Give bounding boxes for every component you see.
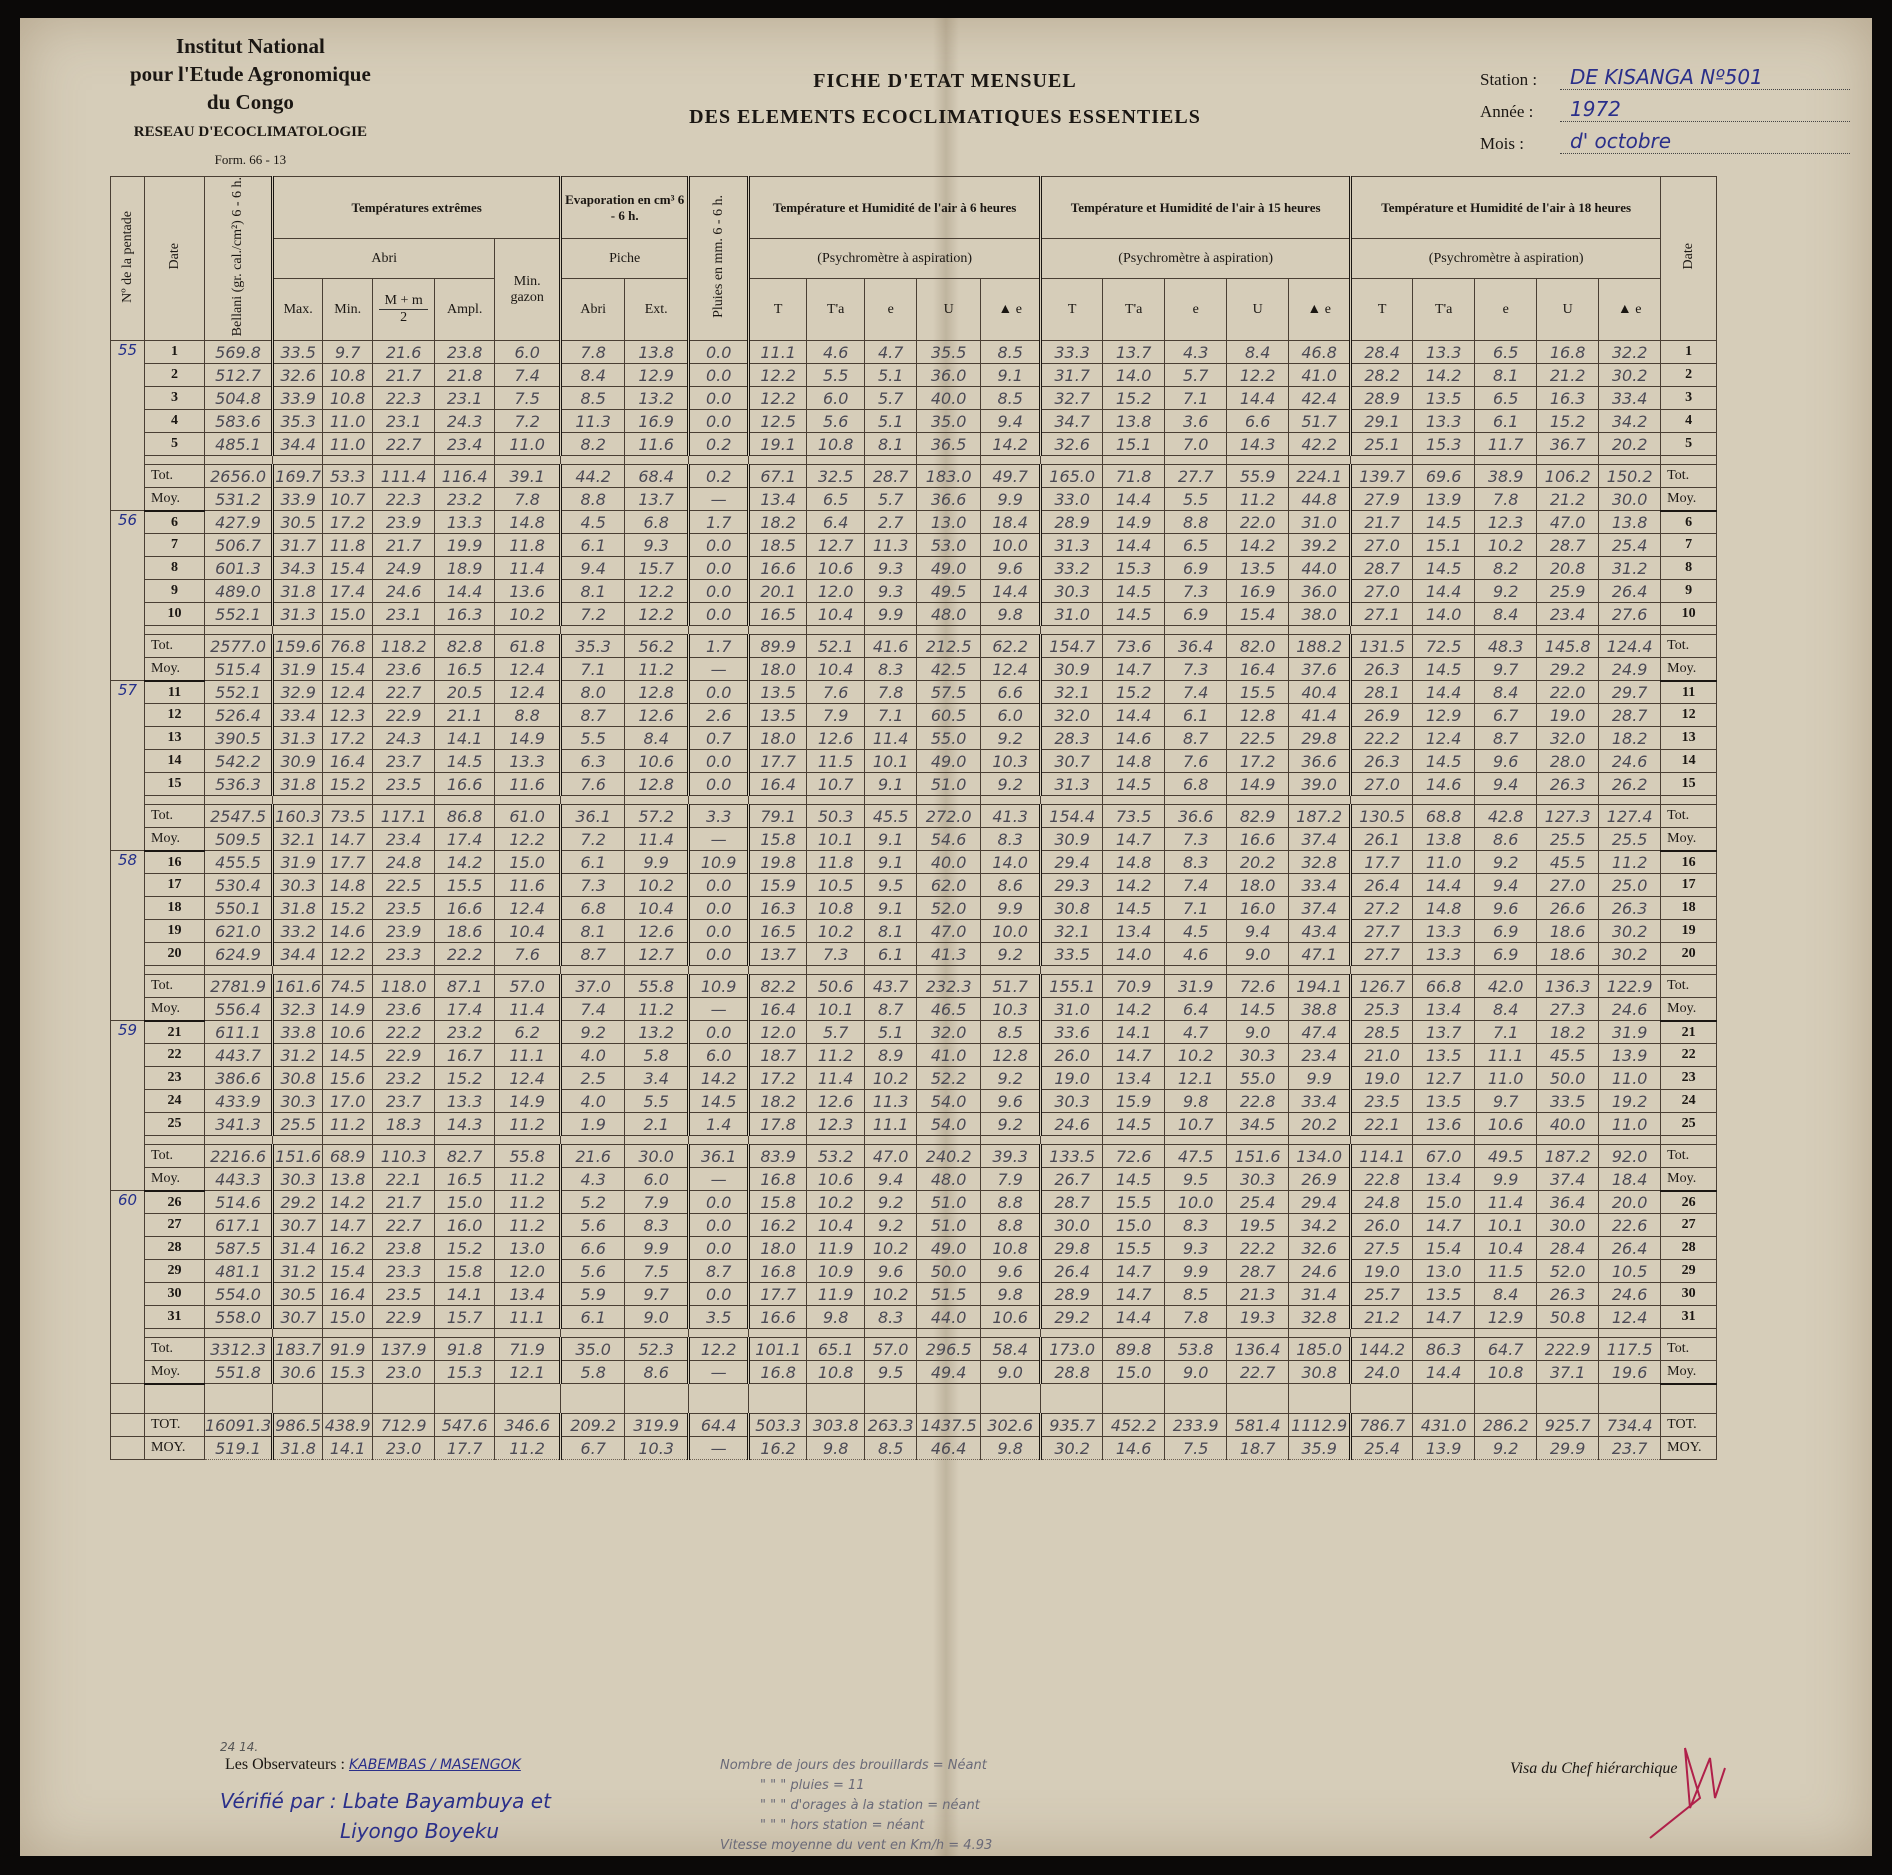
value-cell: 18.5 bbox=[749, 534, 807, 557]
value-cell: 29.7 bbox=[1599, 681, 1661, 704]
value-cell: — bbox=[689, 1437, 749, 1460]
spacer-cell bbox=[495, 1384, 561, 1414]
value-cell: 14.7 bbox=[1103, 1260, 1165, 1283]
value-cell: 8.1 bbox=[865, 920, 917, 943]
value-cell: 536.3 bbox=[205, 773, 273, 796]
value-cell: 30.6 bbox=[273, 1361, 323, 1384]
value-cell: 52.0 bbox=[1537, 1260, 1599, 1283]
value-cell: 14.6 bbox=[1103, 727, 1165, 750]
spacer-cell bbox=[1351, 966, 1413, 975]
tot-label: Tot. bbox=[145, 1145, 205, 1168]
value-cell: 4.0 bbox=[561, 1090, 625, 1113]
col-de15: ▲ e bbox=[1289, 279, 1351, 341]
value-cell: 7.3 bbox=[1165, 580, 1227, 603]
value-cell: 14.5 bbox=[1413, 511, 1475, 534]
value-cell: 13.7 bbox=[625, 488, 689, 511]
observers: Les Observateurs : KABEMBAS / MASENGOK bbox=[225, 1756, 521, 1774]
value-cell: 7.3 bbox=[1165, 658, 1227, 681]
value-cell: 14.5 bbox=[1413, 658, 1475, 681]
value-cell: 30.2 bbox=[1599, 920, 1661, 943]
spacer-row bbox=[111, 1329, 1717, 1338]
value-cell: 530.4 bbox=[205, 874, 273, 897]
value-cell: 53.3 bbox=[323, 465, 373, 488]
value-cell: 240.2 bbox=[917, 1145, 981, 1168]
value-cell: 550.1 bbox=[205, 897, 273, 920]
value-cell: 10.0 bbox=[981, 534, 1041, 557]
value-cell: 116.4 bbox=[435, 465, 495, 488]
value-cell: 11.3 bbox=[865, 1090, 917, 1113]
value-cell: 0.0 bbox=[689, 1283, 749, 1306]
value-cell: 9.3 bbox=[625, 534, 689, 557]
value-cell: 5.6 bbox=[561, 1214, 625, 1237]
value-cell: 28.7 bbox=[1351, 557, 1413, 580]
spacer-cell bbox=[1599, 1136, 1661, 1145]
value-cell: 41.0 bbox=[917, 1044, 981, 1067]
tot-label-right: Tot. bbox=[1661, 975, 1717, 998]
value-cell: 14.4 bbox=[1227, 387, 1289, 410]
total-row: Tot.2547.5160.373.5117.186.861.036.157.2… bbox=[111, 805, 1717, 828]
value-cell: 13.5 bbox=[1413, 1044, 1475, 1067]
spacer-cell bbox=[111, 1384, 145, 1414]
value-cell: 22.9 bbox=[373, 1044, 435, 1067]
spacer-cell bbox=[1351, 796, 1413, 805]
spacer-cell bbox=[1599, 1329, 1661, 1338]
value-cell: 28.4 bbox=[1537, 1237, 1599, 1260]
value-cell: 8.7 bbox=[1165, 727, 1227, 750]
value-cell: 35.0 bbox=[561, 1338, 625, 1361]
value-cell: 66.8 bbox=[1413, 975, 1475, 998]
value-cell: 187.2 bbox=[1537, 1145, 1599, 1168]
spacer-cell bbox=[205, 626, 273, 635]
spacer-cell bbox=[145, 796, 205, 805]
page-title: FICHE D'ETAT MENSUEL DES ELEMENTS ECOCLI… bbox=[620, 63, 1270, 135]
value-cell: 34.4 bbox=[273, 943, 323, 966]
date-cell-right: 31 bbox=[1661, 1306, 1717, 1329]
spacer-cell bbox=[865, 1136, 917, 1145]
value-cell: 32.6 bbox=[273, 364, 323, 387]
spacer-cell bbox=[1661, 456, 1717, 465]
spacer-cell bbox=[1413, 1384, 1475, 1414]
date-cell: 13 bbox=[145, 727, 205, 750]
spacer-cell bbox=[1227, 1136, 1289, 1145]
value-cell: 2.7 bbox=[865, 511, 917, 534]
value-cell: 443.3 bbox=[205, 1168, 273, 1191]
monthly-notes: Nombre de jours des brouillards = Néant … bbox=[720, 1756, 992, 1856]
value-cell: 45.5 bbox=[1537, 1044, 1599, 1067]
value-cell: 23.6 bbox=[373, 658, 435, 681]
value-cell: 44.0 bbox=[917, 1306, 981, 1329]
value-cell: 23.4 bbox=[435, 433, 495, 456]
value-cell: 22.5 bbox=[373, 874, 435, 897]
value-cell: 28.9 bbox=[1351, 387, 1413, 410]
value-cell: 10.6 bbox=[807, 557, 865, 580]
value-cell: 36.6 bbox=[1289, 750, 1351, 773]
spacer-cell bbox=[1413, 626, 1475, 635]
value-cell: 15.1 bbox=[1103, 433, 1165, 456]
value-cell: 14.3 bbox=[435, 1113, 495, 1136]
value-cell: 50.0 bbox=[1537, 1067, 1599, 1090]
value-cell: 7.5 bbox=[1165, 1437, 1227, 1460]
spacer-cell bbox=[865, 456, 917, 465]
value-cell: 7.1 bbox=[1475, 1021, 1537, 1044]
value-cell: 173.0 bbox=[1041, 1338, 1103, 1361]
value-cell: 12.6 bbox=[625, 704, 689, 727]
spacer-cell bbox=[1165, 1136, 1227, 1145]
value-cell: 12.4 bbox=[495, 1067, 561, 1090]
value-cell: 14.5 bbox=[1413, 750, 1475, 773]
col-date: Date bbox=[145, 177, 205, 341]
value-cell: 19.6 bbox=[1599, 1361, 1661, 1384]
value-cell: 9.4 bbox=[1475, 773, 1537, 796]
value-cell: 29.2 bbox=[1537, 658, 1599, 681]
spacer-cell bbox=[917, 966, 981, 975]
value-cell: 786.7 bbox=[1351, 1414, 1413, 1437]
value-cell: 91.9 bbox=[323, 1338, 373, 1361]
value-cell: 21.7 bbox=[373, 534, 435, 557]
value-cell: 14.7 bbox=[1103, 658, 1165, 681]
value-cell: 16.6 bbox=[435, 773, 495, 796]
value-cell: 27.5 bbox=[1351, 1237, 1413, 1260]
pentade-number: 58 bbox=[111, 851, 145, 1021]
value-cell: 47.0 bbox=[865, 1145, 917, 1168]
value-cell: 8.7 bbox=[561, 943, 625, 966]
value-cell: 16.8 bbox=[1537, 341, 1599, 364]
value-cell: 6.2 bbox=[495, 1021, 561, 1044]
value-cell: 13.3 bbox=[1413, 341, 1475, 364]
spacer-cell bbox=[1041, 626, 1103, 635]
value-cell: 35.0 bbox=[917, 410, 981, 433]
value-cell: 512.7 bbox=[205, 364, 273, 387]
value-cell: 16.7 bbox=[435, 1044, 495, 1067]
spacer-cell bbox=[273, 1329, 323, 1338]
value-cell: 9.7 bbox=[323, 341, 373, 364]
value-cell: 2577.0 bbox=[205, 635, 273, 658]
value-cell: 43.7 bbox=[865, 975, 917, 998]
value-cell: 19.0 bbox=[1537, 704, 1599, 727]
spacer-cell bbox=[1289, 796, 1351, 805]
value-cell: 32.8 bbox=[1289, 851, 1351, 874]
value-cell: 19.5 bbox=[1227, 1214, 1289, 1237]
value-cell: 9.1 bbox=[981, 364, 1041, 387]
value-cell: 31.3 bbox=[273, 603, 323, 626]
value-cell: 12.6 bbox=[807, 727, 865, 750]
value-cell: 611.1 bbox=[205, 1021, 273, 1044]
tot-label-right: Tot. bbox=[1661, 465, 1717, 488]
spacer-cell bbox=[1227, 626, 1289, 635]
value-cell: 16.0 bbox=[435, 1214, 495, 1237]
spacer-cell bbox=[749, 1384, 807, 1414]
tot-label: Tot. bbox=[145, 635, 205, 658]
value-cell: 46.8 bbox=[1289, 341, 1351, 364]
value-cell: 39.0 bbox=[1289, 773, 1351, 796]
value-cell: 30.2 bbox=[1041, 1437, 1103, 1460]
value-cell: 15.4 bbox=[1413, 1237, 1475, 1260]
monthly-moy-label: MOY. bbox=[145, 1437, 205, 1460]
date-cell-right: 5 bbox=[1661, 433, 1717, 456]
value-cell: 9.8 bbox=[981, 603, 1041, 626]
spacer-row bbox=[111, 1136, 1717, 1145]
value-cell: 4.7 bbox=[865, 341, 917, 364]
value-cell: 31.2 bbox=[273, 1260, 323, 1283]
spacer-cell bbox=[917, 796, 981, 805]
spacer-cell bbox=[1227, 796, 1289, 805]
value-cell: 27.0 bbox=[1351, 534, 1413, 557]
value-cell: 114.1 bbox=[1351, 1145, 1413, 1168]
value-cell: 41.6 bbox=[865, 635, 917, 658]
value-cell: 0.0 bbox=[689, 1191, 749, 1214]
value-cell: 15.2 bbox=[1103, 681, 1165, 704]
value-cell: 10.2 bbox=[1475, 534, 1537, 557]
value-cell: 44.2 bbox=[561, 465, 625, 488]
value-cell: 30.3 bbox=[273, 1168, 323, 1191]
spacer-cell bbox=[689, 1136, 749, 1145]
data-table: Nº de la pentade Date Bellani (gr. cal./… bbox=[110, 176, 1717, 1460]
value-cell: 5.7 bbox=[865, 387, 917, 410]
value-cell: 29.3 bbox=[1041, 874, 1103, 897]
value-cell: 11.1 bbox=[749, 341, 807, 364]
spacer-cell bbox=[1041, 456, 1103, 465]
value-cell: 2.1 bbox=[625, 1113, 689, 1136]
value-cell: 10.1 bbox=[1475, 1214, 1537, 1237]
value-cell: 6.7 bbox=[561, 1437, 625, 1460]
spacer-cell bbox=[273, 966, 323, 975]
value-cell: 12.8 bbox=[625, 681, 689, 704]
value-cell: 30.8 bbox=[1041, 897, 1103, 920]
value-cell: 82.0 bbox=[1227, 635, 1289, 658]
value-cell: 10.2 bbox=[865, 1237, 917, 1260]
value-cell: 4.3 bbox=[1165, 341, 1227, 364]
value-cell: 9.2 bbox=[981, 943, 1041, 966]
value-cell: 11.4 bbox=[1475, 1191, 1537, 1214]
value-cell: 10.2 bbox=[865, 1283, 917, 1306]
value-cell: 10.4 bbox=[495, 920, 561, 943]
value-cell: 8.3 bbox=[625, 1214, 689, 1237]
spacer-cell bbox=[1413, 1329, 1475, 1338]
col-piche-ext: Ext. bbox=[625, 279, 689, 341]
value-cell: 31.0 bbox=[1289, 511, 1351, 534]
spacer-cell bbox=[1289, 966, 1351, 975]
spacer-cell bbox=[1413, 456, 1475, 465]
value-cell: 18.9 bbox=[435, 557, 495, 580]
spacer-cell bbox=[1103, 1136, 1165, 1145]
value-cell: 15.8 bbox=[749, 828, 807, 851]
spacer-cell bbox=[435, 626, 495, 635]
value-cell: 18.7 bbox=[1227, 1437, 1289, 1460]
table-row: 5485.134.411.022.723.411.08.211.60.219.1… bbox=[111, 433, 1717, 456]
value-cell: 61.0 bbox=[495, 805, 561, 828]
value-cell: 23.1 bbox=[435, 387, 495, 410]
mean-row: Moy.556.432.314.923.617.411.47.411.2—16.… bbox=[111, 998, 1717, 1021]
value-cell: 481.1 bbox=[205, 1260, 273, 1283]
value-cell: 11.1 bbox=[495, 1044, 561, 1067]
value-cell: 11.5 bbox=[807, 750, 865, 773]
value-cell: 31.3 bbox=[273, 727, 323, 750]
value-cell: 3.4 bbox=[625, 1067, 689, 1090]
value-cell: 32.0 bbox=[917, 1021, 981, 1044]
value-cell: 32.3 bbox=[273, 998, 323, 1021]
spacer-cell bbox=[1537, 966, 1599, 975]
date-cell-right: 13 bbox=[1661, 727, 1717, 750]
value-cell: 155.1 bbox=[1041, 975, 1103, 998]
mean-row: Moy.443.330.313.822.116.511.24.36.0—16.8… bbox=[111, 1168, 1717, 1191]
value-cell: 12.2 bbox=[625, 580, 689, 603]
value-cell: 12.3 bbox=[1475, 511, 1537, 534]
spacer-cell bbox=[1475, 1384, 1537, 1414]
value-cell: 31.3 bbox=[1041, 534, 1103, 557]
table-row: 23386.630.815.623.215.212.42.53.414.217.… bbox=[111, 1067, 1717, 1090]
value-cell: 26.4 bbox=[1599, 1237, 1661, 1260]
spacer-cell bbox=[205, 1136, 273, 1145]
spacer-cell bbox=[981, 1384, 1041, 1414]
value-cell: 46.5 bbox=[917, 998, 981, 1021]
value-cell: 8.6 bbox=[981, 874, 1041, 897]
value-cell: 41.3 bbox=[917, 943, 981, 966]
table-row: 30554.030.516.423.514.113.45.99.70.017.7… bbox=[111, 1283, 1717, 1306]
value-cell: 169.7 bbox=[273, 465, 323, 488]
value-cell: 67.1 bbox=[749, 465, 807, 488]
value-cell: 6.5 bbox=[1475, 387, 1537, 410]
value-cell: 20.1 bbox=[749, 580, 807, 603]
value-cell: 16.4 bbox=[323, 1283, 373, 1306]
spacer-cell bbox=[1661, 1136, 1717, 1145]
value-cell: 15.0 bbox=[323, 1306, 373, 1329]
spacer-cell bbox=[917, 1329, 981, 1338]
value-cell: 62.2 bbox=[981, 635, 1041, 658]
value-cell: 7.8 bbox=[865, 681, 917, 704]
date-cell-right: 28 bbox=[1661, 1237, 1717, 1260]
spacer-cell bbox=[1475, 626, 1537, 635]
value-cell: 30.3 bbox=[273, 1090, 323, 1113]
value-cell: 12.6 bbox=[807, 1090, 865, 1113]
value-cell: 139.7 bbox=[1351, 465, 1413, 488]
value-cell: 52.3 bbox=[625, 1338, 689, 1361]
value-cell: 11.2 bbox=[1227, 488, 1289, 511]
value-cell: 13.4 bbox=[1103, 1067, 1165, 1090]
table-row: 19621.033.214.623.918.610.48.112.60.016.… bbox=[111, 920, 1717, 943]
value-cell: 9.7 bbox=[625, 1283, 689, 1306]
col-u15: U bbox=[1227, 279, 1289, 341]
spacer-cell bbox=[373, 1329, 435, 1338]
value-cell: 23.7 bbox=[1599, 1437, 1661, 1460]
spacer-cell bbox=[435, 966, 495, 975]
value-cell: 2656.0 bbox=[205, 465, 273, 488]
value-cell: 27.1 bbox=[1351, 603, 1413, 626]
spacer-cell bbox=[1227, 456, 1289, 465]
value-cell: 7.6 bbox=[495, 943, 561, 966]
value-cell: 11.9 bbox=[807, 1283, 865, 1306]
monthly-total-row: TOT.16091.3986.5438.9712.9547.6346.6209.… bbox=[111, 1414, 1717, 1437]
value-cell: 23.1 bbox=[373, 603, 435, 626]
value-cell: 12.8 bbox=[981, 1044, 1041, 1067]
value-cell: 2.6 bbox=[689, 704, 749, 727]
date-cell: 11 bbox=[145, 681, 205, 704]
value-cell: 11.2 bbox=[625, 998, 689, 1021]
value-cell: 131.5 bbox=[1351, 635, 1413, 658]
value-cell: 13.5 bbox=[1227, 557, 1289, 580]
table-body: 551569.833.59.721.623.86.07.813.80.011.1… bbox=[111, 341, 1717, 1460]
value-cell: 10.6 bbox=[1475, 1113, 1537, 1136]
value-cell: 34.4 bbox=[273, 433, 323, 456]
value-cell: 14.7 bbox=[1413, 1214, 1475, 1237]
value-cell: 8.8 bbox=[1165, 511, 1227, 534]
value-cell: 52.1 bbox=[807, 635, 865, 658]
value-cell: 28.5 bbox=[1351, 1021, 1413, 1044]
col-e15: e bbox=[1165, 279, 1227, 341]
value-cell: 30.9 bbox=[273, 750, 323, 773]
value-cell: 71.8 bbox=[1103, 465, 1165, 488]
value-cell: 23.9 bbox=[373, 511, 435, 534]
spacer-cell bbox=[807, 1384, 865, 1414]
date-cell: 27 bbox=[145, 1214, 205, 1237]
value-cell: 8.2 bbox=[561, 433, 625, 456]
value-cell: 0.0 bbox=[689, 364, 749, 387]
value-cell: 489.0 bbox=[205, 580, 273, 603]
value-cell: 531.2 bbox=[205, 488, 273, 511]
value-cell: 47.4 bbox=[1289, 1021, 1351, 1044]
spacer-cell bbox=[205, 1384, 273, 1414]
value-cell: 506.7 bbox=[205, 534, 273, 557]
value-cell: 20.2 bbox=[1227, 851, 1289, 874]
value-cell: 19.0 bbox=[1351, 1260, 1413, 1283]
spacer-cell bbox=[1475, 966, 1537, 975]
value-cell: 40.0 bbox=[1537, 1113, 1599, 1136]
spacer-cell bbox=[625, 1329, 689, 1338]
value-cell: 542.2 bbox=[205, 750, 273, 773]
value-cell: 183.0 bbox=[917, 465, 981, 488]
value-cell: 33.4 bbox=[1289, 874, 1351, 897]
value-cell: 23.7 bbox=[373, 1090, 435, 1113]
spacer-cell bbox=[145, 1329, 205, 1338]
value-cell: 583.6 bbox=[205, 410, 273, 433]
value-cell: 12.8 bbox=[625, 773, 689, 796]
value-cell: 7.2 bbox=[495, 410, 561, 433]
value-cell: 7.9 bbox=[807, 704, 865, 727]
table-row: 29481.131.215.423.315.812.05.67.58.716.8… bbox=[111, 1260, 1717, 1283]
value-cell: 136.4 bbox=[1227, 1338, 1289, 1361]
value-cell: 16.6 bbox=[435, 897, 495, 920]
value-cell: 13.3 bbox=[435, 1090, 495, 1113]
col-u18: U bbox=[1537, 279, 1599, 341]
spacer-cell bbox=[981, 456, 1041, 465]
pentade-number: 59 bbox=[111, 1021, 145, 1191]
value-cell: 14.8 bbox=[1103, 851, 1165, 874]
date-cell: 31 bbox=[145, 1306, 205, 1329]
value-cell: 10.0 bbox=[981, 920, 1041, 943]
value-cell: 18.0 bbox=[1227, 874, 1289, 897]
table-row: 14542.230.916.423.714.513.36.310.60.017.… bbox=[111, 750, 1717, 773]
value-cell: 14.2 bbox=[1413, 364, 1475, 387]
value-cell: 10.2 bbox=[625, 874, 689, 897]
value-cell: 9.6 bbox=[1475, 750, 1537, 773]
value-cell: 44.0 bbox=[1289, 557, 1351, 580]
value-cell: 9.2 bbox=[981, 727, 1041, 750]
institute-line1: Institut National bbox=[130, 32, 371, 60]
value-cell: 31.0 bbox=[1041, 603, 1103, 626]
value-cell: 61.8 bbox=[495, 635, 561, 658]
value-cell: 5.7 bbox=[807, 1021, 865, 1044]
value-cell: 28.9 bbox=[1041, 511, 1103, 534]
value-cell: 503.3 bbox=[749, 1414, 807, 1437]
value-cell: 13.5 bbox=[749, 681, 807, 704]
spacer-cell bbox=[561, 626, 625, 635]
value-cell: 9.0 bbox=[1227, 1021, 1289, 1044]
value-cell: 188.2 bbox=[1289, 635, 1351, 658]
value-cell: 13.7 bbox=[749, 943, 807, 966]
value-cell: 22.1 bbox=[373, 1168, 435, 1191]
monthly-tot-label: TOT. bbox=[145, 1414, 205, 1437]
value-cell: 11.7 bbox=[1475, 433, 1537, 456]
value-cell: 30.7 bbox=[273, 1214, 323, 1237]
